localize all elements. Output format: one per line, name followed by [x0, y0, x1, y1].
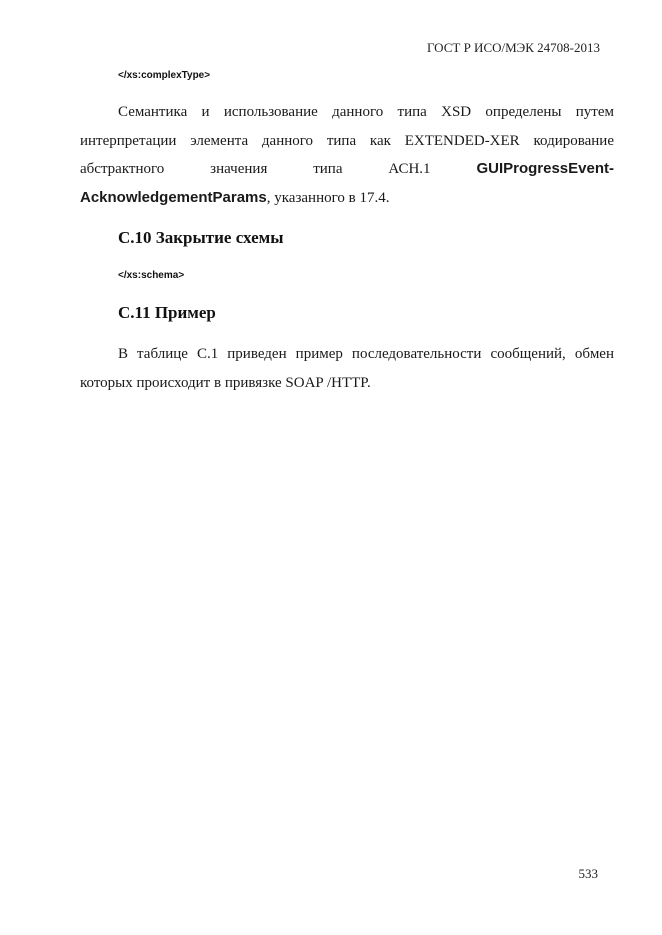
- section-heading-c11: С.11 Пример: [118, 303, 216, 323]
- paragraph-line: которых происходит в привязке SOAP /HTTP…: [80, 369, 614, 398]
- type-name: AcknowledgementParams: [80, 189, 267, 206]
- paragraph-line: абстрактного значения типа АСН.1 GUIProg…: [80, 155, 614, 184]
- page-number: 533: [579, 866, 599, 882]
- paragraph-line: AcknowledgementParams, указанного в 17.4…: [80, 184, 614, 213]
- paragraph-semantics: Семантика и использование данного типа X…: [80, 98, 614, 212]
- type-name: GUIProgressEvent-: [476, 155, 614, 184]
- paragraph-line: В таблице С.1 приведен пример последоват…: [80, 340, 614, 369]
- code-schema-close: </xs:schema>: [118, 270, 184, 281]
- paragraph-line: интерпретации элемента данного типа как …: [80, 127, 614, 156]
- section-heading-c10: С.10 Закрытие схемы: [118, 228, 284, 248]
- document-header: ГОСТ Р ИСО/МЭК 24708-2013: [427, 40, 600, 56]
- document-page: ГОСТ Р ИСО/МЭК 24708-2013 </xs:complexTy…: [0, 0, 662, 935]
- code-complextype-close: </xs:complexType>: [118, 70, 210, 81]
- paragraph-example: В таблице С.1 приведен пример последоват…: [80, 340, 614, 397]
- paragraph-line: Семантика и использование данного типа X…: [80, 98, 614, 127]
